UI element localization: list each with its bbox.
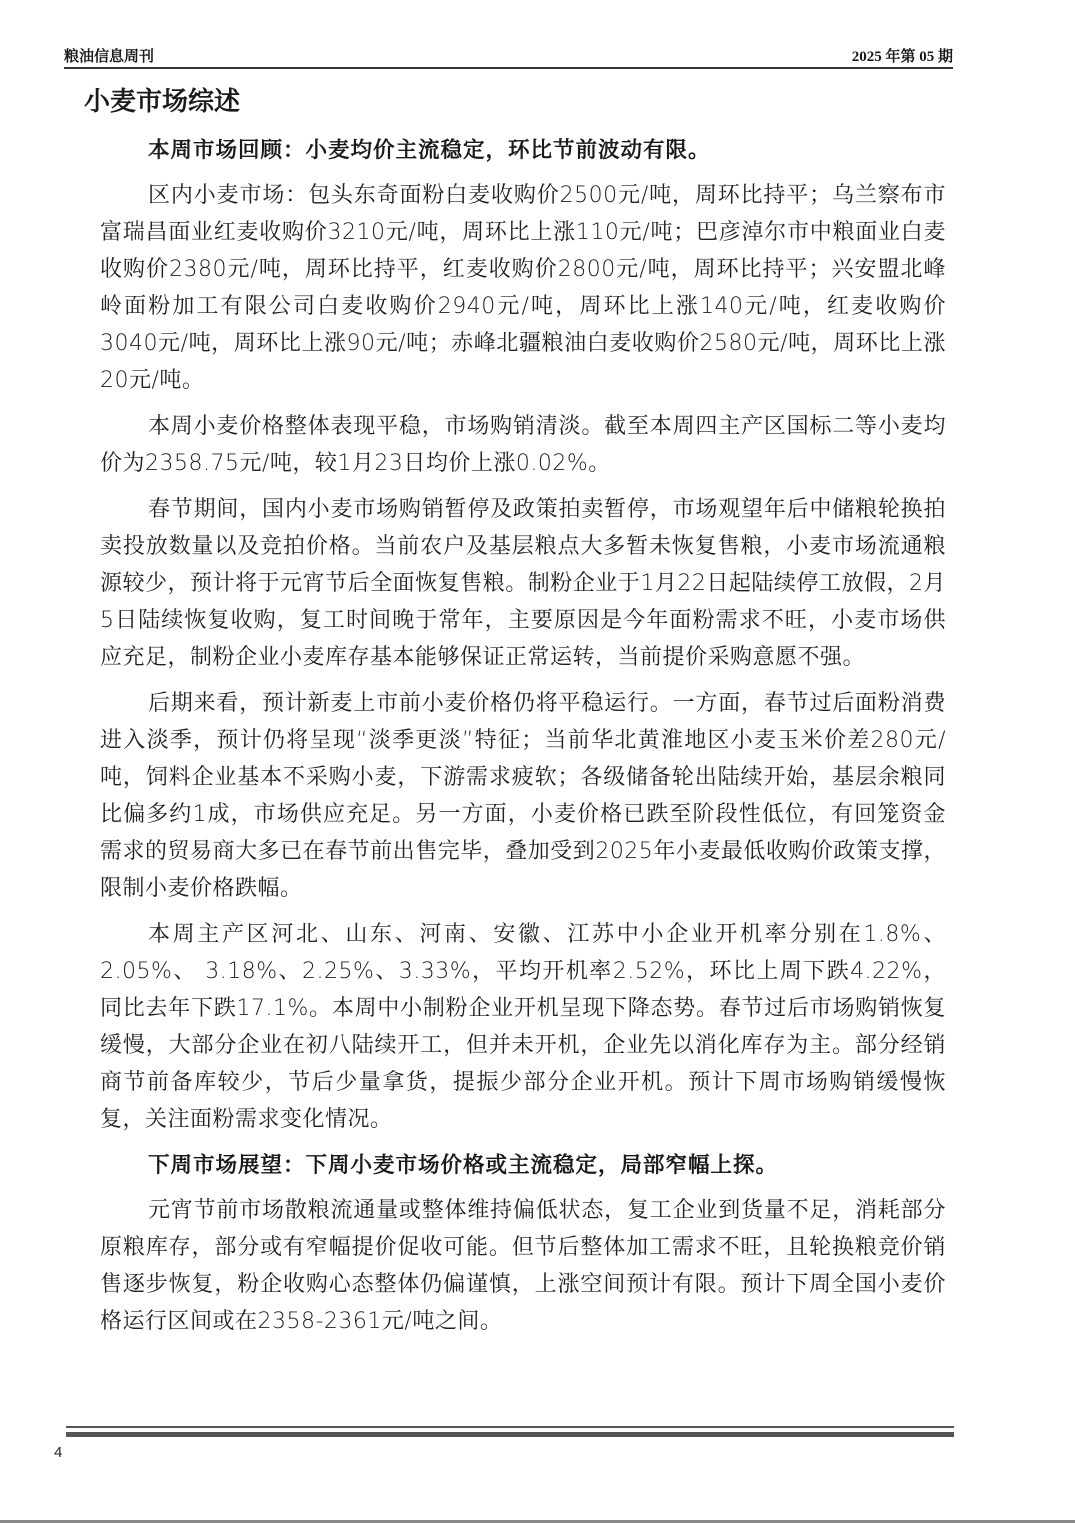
footer-rule-thin xyxy=(66,1426,954,1428)
running-header: 粮油信息周刊 2025 年第 05 期 xyxy=(64,44,953,69)
paragraph-regional-prices: 区内小麦市场：包头东奇面粉白麦收购价2500元/吨，周环比持平；乌兰察布市富瑞昌… xyxy=(100,177,946,399)
paragraph-next-week: 元宵节前市场散粮流通量或整体维持偏低状态，复工企业到货量不足，消耗部分原粮库存，… xyxy=(100,1192,946,1340)
article-body: 本周市场回顾：小麦均价主流稳定，环比节前波动有限。 区内小麦市场：包头东奇面粉白… xyxy=(100,128,946,1349)
paragraph-spring-festival: 春节期间，国内小麦市场购销暂停及政策拍卖暂停，市场观望年后中储粮轮换拍卖投放数量… xyxy=(100,491,946,676)
issue-number: 2025 年第 05 期 xyxy=(852,48,953,66)
section-title: 小麦市场综述 xyxy=(84,82,240,122)
publication-name: 粮油信息周刊 xyxy=(64,48,154,66)
paragraph-weekly-average: 本周小麦价格整体表现平稳，市场购销清淡。截至本周四主产区国标二等小麦均价为235… xyxy=(100,408,946,482)
review-heading: 本周市场回顾：小麦均价主流稳定，环比节前波动有限。 xyxy=(100,132,946,169)
footer-rule-thick xyxy=(66,1432,954,1437)
page-number: 4 xyxy=(54,1444,62,1461)
paragraph-outlook-factors: 后期来看，预计新麦上市前小麦价格仍将平稳运行。一方面，春节过后面粉消费进入淡季，… xyxy=(100,685,946,907)
paragraph-operating-rates: 本周主产区河北、山东、河南、安徽、江苏中小企业开机率分别在1.8%、2.05%、… xyxy=(100,916,946,1138)
outlook-heading: 下周市场展望：下周小麦市场价格或主流稳定，局部窄幅上探。 xyxy=(100,1147,946,1184)
